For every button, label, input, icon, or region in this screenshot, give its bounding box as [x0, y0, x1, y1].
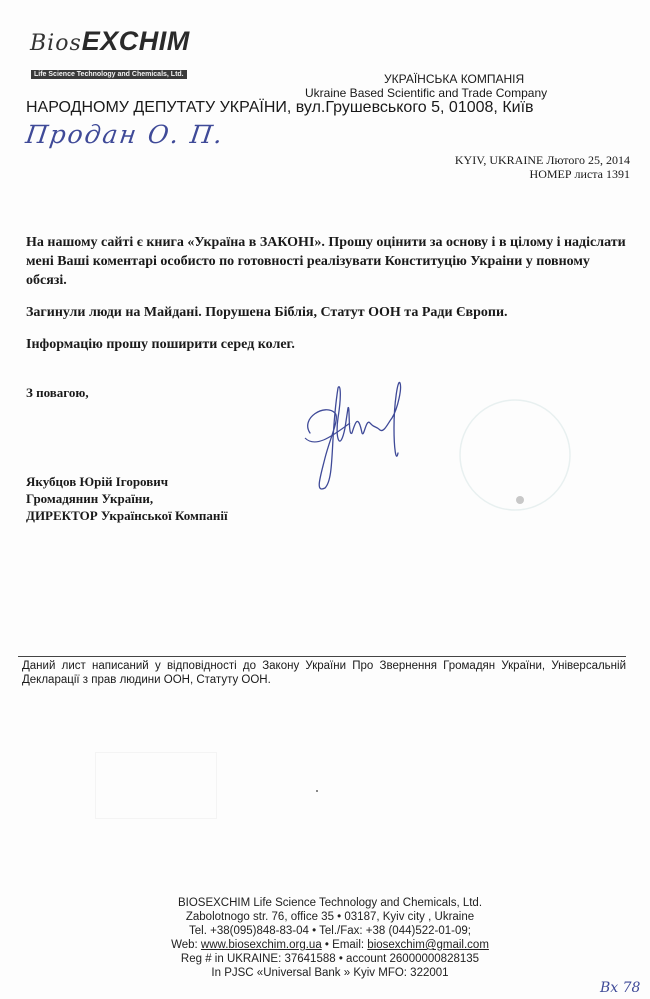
- email-label: • Email:: [322, 939, 368, 951]
- email-link[interactable]: biosexchim@gmail.com: [367, 939, 489, 951]
- footer-company: BIOSEXCHIM Life Science Technology and C…: [130, 896, 530, 910]
- closing: З повагою,: [26, 385, 89, 401]
- body-paragraph: Інформацію прошу поширити серед колег.: [26, 335, 626, 354]
- letter-number: НОМЕР листа 1391: [530, 167, 630, 182]
- signatory-status: Громадянин України,: [26, 490, 228, 507]
- handwritten-incoming-number: Вх 78: [600, 980, 640, 996]
- body-paragraph: На нашому сайті є книга «Україна в ЗАКОН…: [26, 233, 626, 290]
- logo-bold: EXCHIM: [82, 26, 190, 56]
- speck: [316, 790, 318, 792]
- footer-address: Zabolotnogo str. 76, office 35 • 03187, …: [130, 910, 530, 924]
- footer-phones: Tel. +38(095)848-83-04 • Tel./Fax: +38 (…: [130, 924, 530, 938]
- logo-script: Bios: [30, 31, 82, 56]
- web-label: Web:: [171, 939, 201, 951]
- signature: [290, 378, 460, 498]
- body-paragraph: Загинули люди на Майдані. Порушена Біблі…: [26, 303, 626, 322]
- footer-bank: In PJSC «Universal Bank » Kyiv MFO: 3220…: [130, 966, 530, 980]
- handwritten-recipient: Продан О. П.: [24, 120, 226, 149]
- divider: [18, 656, 626, 657]
- faint-registration-stamp: [95, 752, 217, 819]
- legal-note: Даний лист написаний у відповідності до …: [22, 659, 626, 687]
- addressee: НАРОДНОМУ ДЕПУТАТУ УКРАЇНИ, вул.Грушевсь…: [26, 99, 534, 117]
- signatory-name: Якубцов Юрій Ігорович: [26, 473, 228, 490]
- date-line: KYIV, UKRAINE Лютого 25, 2014: [455, 153, 630, 168]
- footer-contacts: BIOSEXCHIM Life Science Technology and C…: [130, 896, 530, 980]
- signatory-title: ДИРЕКТОР Української Компанії: [26, 507, 228, 524]
- company-name-ua: УКРАЇНСЬКА КОМПАНІЯ: [384, 72, 524, 86]
- signatory-block: Якубцов Юрій Ігорович Громадянин України…: [26, 473, 228, 524]
- logo-tagline: Life Science Technology and Chemicals, L…: [31, 70, 187, 79]
- faint-stamp-seal: [455, 395, 575, 515]
- website-link[interactable]: www.biosexchim.org.ua: [201, 939, 322, 951]
- company-name-en: Ukraine Based Scientific and Trade Compa…: [305, 86, 547, 100]
- footer-web-email: Web: www.biosexchim.org.ua • Email: bios…: [130, 938, 530, 952]
- footer-registration: Reg # in UKRAINE: 37641588 • account 260…: [130, 952, 530, 966]
- company-logo: BiosEXCHIM: [30, 26, 190, 57]
